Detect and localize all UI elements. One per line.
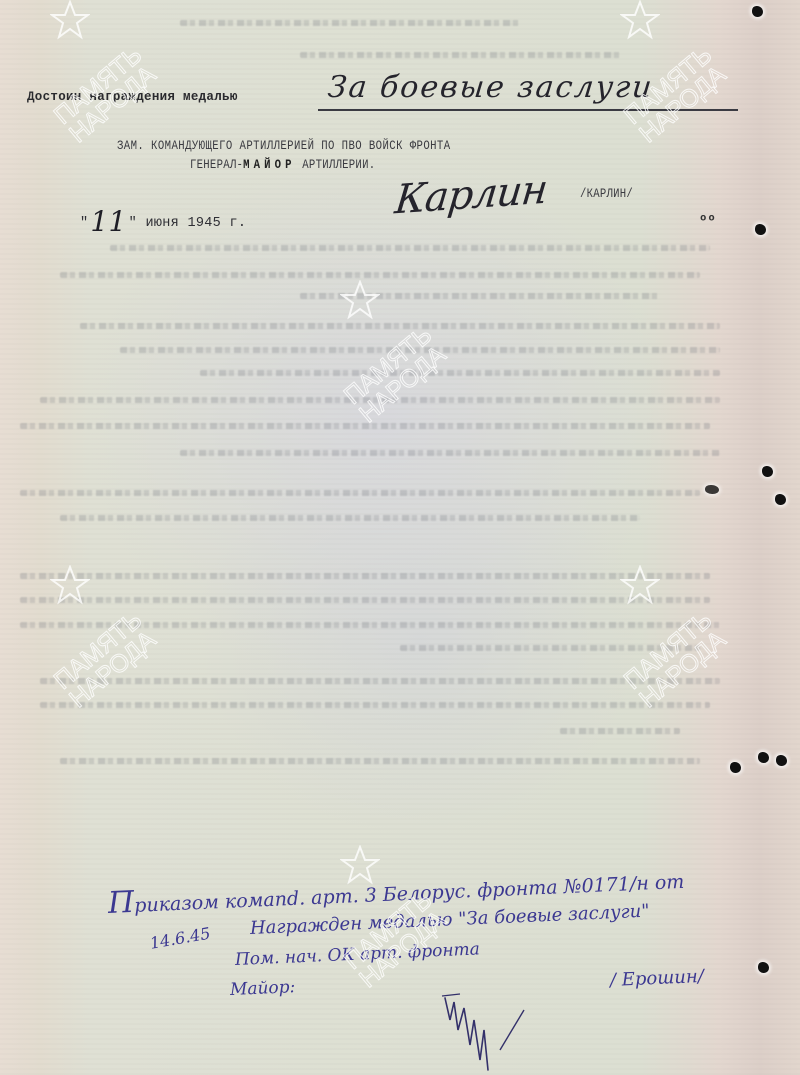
signer-title-line2: ГЕНЕРАЛ-МАЙОР АРТИЛЛЕРИИ.	[190, 157, 375, 172]
signer-title-suffix: АРТИЛЛЕРИИ.	[296, 157, 376, 172]
resolution-line-4: Майор:	[230, 977, 296, 1000]
award-label: Достоин награждения медалью	[27, 90, 238, 104]
signer-rank: МАЙОР	[243, 157, 295, 172]
date-quote-close: "	[129, 216, 137, 231]
award-name-handwritten: За боевые заслуги	[326, 70, 655, 105]
signer-surname: /КАРЛИН/	[580, 187, 633, 201]
resolution-capital: П	[107, 885, 135, 921]
date-day: 11	[90, 205, 126, 238]
document-date: "11" июня 1945 г.	[80, 200, 246, 233]
resolution-signature-scrawl	[440, 990, 530, 1075]
date-rest: июня 1945 г.	[145, 216, 246, 231]
date-quote-open: "	[80, 216, 88, 231]
signer-title-prefix: ГЕНЕРАЛ-	[190, 157, 243, 172]
signer-title-line1: ЗАМ. КОМАНДУЮЩЕГО АРТИЛЛЕРИЕЙ ПО ПВО ВОЙ…	[117, 138, 451, 153]
resolution-signature-name: / Ерошин/	[610, 966, 705, 991]
ink-mark: ºº	[699, 214, 716, 230]
